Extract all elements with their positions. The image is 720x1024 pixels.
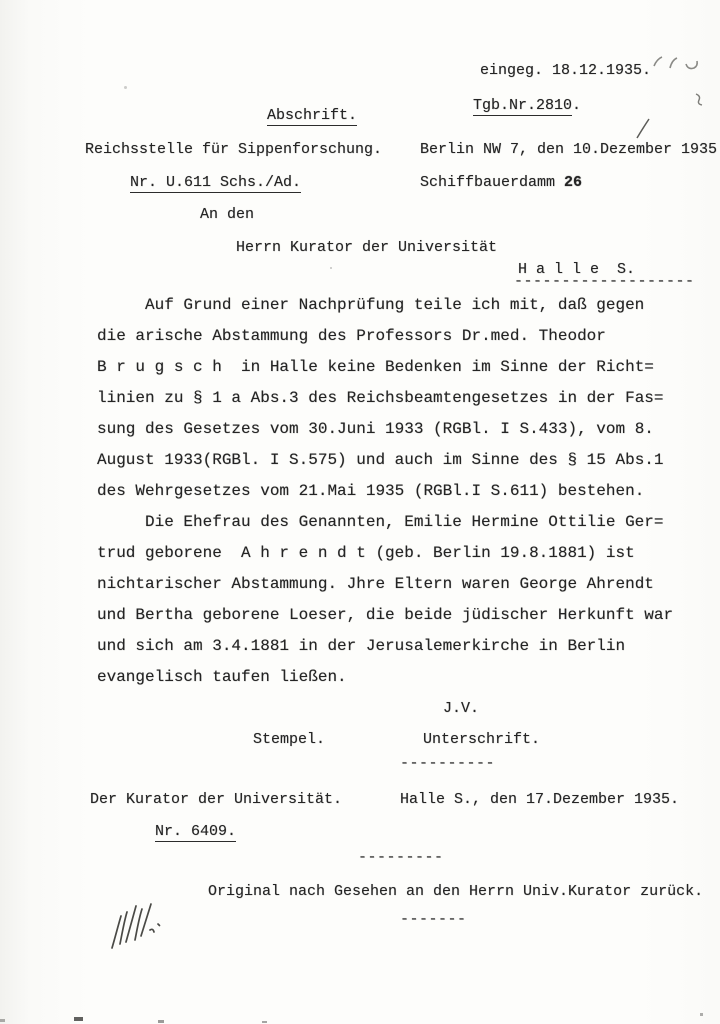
body-line: Auf Grund einer Nachprüfung teile ich mi…: [97, 296, 687, 327]
kurator-file-number: Nr. 6409.: [155, 822, 236, 842]
kurator-title: Der Kurator der Universität.: [90, 790, 342, 810]
street-name: Schiffbauerdamm: [420, 174, 564, 191]
city-and-date: Berlin NW 7, den 10.Dezember 1935: [420, 140, 717, 160]
journal-number-text: Tgb.Nr.2810: [473, 97, 572, 116]
letter-body: Auf Grund einer Nachprüfung teile ich mi…: [97, 296, 687, 699]
kurator-file-number-text: Nr. 6409.: [155, 823, 236, 842]
issuing-office: Reichsstelle für Sippenforschung.: [85, 140, 382, 160]
footer-dashed-line-top: ---------: [358, 848, 444, 868]
recipient-salutation: An den: [200, 205, 254, 225]
stamp-label: Stempel.: [253, 730, 325, 750]
body-line: nichtarischer Abstammung. Jhre Eltern wa…: [97, 575, 687, 606]
handwritten-note-scribble: [106, 896, 166, 954]
scan-edge-artifact: [262, 1021, 267, 1023]
body-line: linien zu § 1 a Abs.3 des Reichsbeamteng…: [97, 389, 687, 420]
body-line: und sich am 3.4.1881 in der Jerusalemerk…: [97, 637, 687, 668]
footer-dashed-line-bottom: -------: [400, 910, 467, 930]
scan-edge-artifact: [700, 1013, 703, 1016]
received-date-stamp: eingeg. 18.12.1935.: [480, 61, 651, 81]
handwritten-small-mark-icon: [692, 90, 706, 108]
street-address: Schiffbauerdamm 26: [420, 173, 582, 193]
scan-edge-artifact: [74, 1017, 83, 1021]
signature-dashed-line: ----------: [400, 754, 495, 774]
street-number-overstruck: 26: [564, 174, 582, 191]
handwritten-slash-icon: [633, 116, 653, 140]
scan-speck: [330, 267, 332, 269]
recipient-city-dashed-underline: -------------------: [514, 272, 695, 292]
body-line: B r u g s c h in Halle keine Bedenken im…: [97, 358, 687, 389]
reference-number-text: Nr. U.611 Schs./Ad.: [130, 174, 301, 193]
body-line: Die Ehefrau des Genannten, Emilie Hermin…: [97, 513, 687, 544]
body-line: trud geborene A h r e n d t (geb. Berlin…: [97, 544, 687, 575]
reference-number: Nr. U.611 Schs./Ad.: [130, 173, 301, 193]
scan-edge-artifact: [0, 1019, 5, 1022]
scan-edge-artifact: [158, 1020, 164, 1023]
document-heading-text: Abschrift.: [267, 107, 357, 126]
journal-number: Tgb.Nr.2810.: [473, 96, 581, 116]
handwritten-ticks-icon: [650, 50, 712, 78]
body-line: des Wehrgesetzes vom 21.Mai 1935 (RGBl.I…: [97, 482, 687, 513]
body-line: die arische Abstammung des Professors Dr…: [97, 327, 687, 358]
scanned-document-page: eingeg. 18.12.1935. Tgb.Nr.2810. Abschri…: [0, 0, 720, 1024]
body-line: und Bertha geborene Loeser, die beide jü…: [97, 606, 687, 637]
signature-label: Unterschrift.: [423, 730, 540, 750]
body-line: August 1933(RGBl. I S.575) und auch im S…: [97, 451, 687, 482]
recipient-name: Herrn Kurator der Universität: [236, 238, 497, 258]
body-line: sung des Gesetzes vom 30.Juni 1933 (RGBl…: [97, 420, 687, 451]
scan-speck: [124, 86, 127, 89]
return-note: Original nach Gesehen an den Herrn Univ.…: [208, 882, 703, 902]
halle-date-line: Halle S., den 17.Dezember 1935.: [400, 790, 679, 810]
body-line: evangelisch taufen ließen.: [97, 668, 687, 699]
per-procuration-initials: J.V.: [443, 699, 479, 719]
document-heading: Abschrift.: [267, 106, 357, 126]
journal-number-period: .: [572, 97, 581, 114]
